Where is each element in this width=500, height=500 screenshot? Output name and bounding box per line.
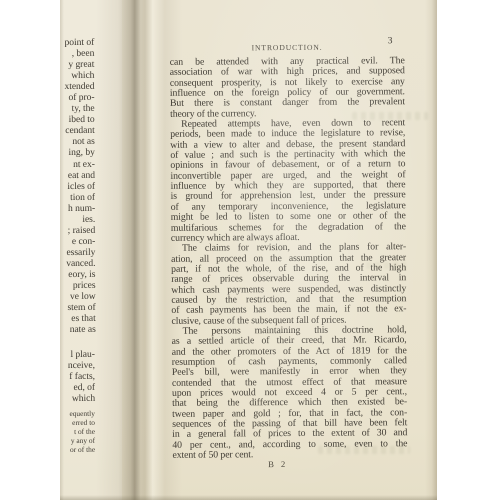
right-page-edge xyxy=(425,0,437,500)
text-line: ing, by xyxy=(42,147,95,158)
book-bottom-edge xyxy=(60,495,437,500)
open-book: point of, beeny greatwhichxtendedof pro-… xyxy=(60,0,437,500)
text-line: ed, of xyxy=(42,382,95,393)
left-page-footnote-fragments: equentlyerred tot of they any ofor of th… xyxy=(42,410,95,455)
text-line: eat and xyxy=(42,169,95,180)
text-line: ies. xyxy=(42,214,95,225)
text-line: point of xyxy=(41,37,94,48)
text-line: nt ex- xyxy=(42,158,95,169)
text-line: cendant xyxy=(42,125,95,136)
text-line: of pro- xyxy=(42,92,95,103)
text-line: prices xyxy=(42,280,95,291)
text-line: which xyxy=(41,70,94,81)
text-line: f facts, xyxy=(42,371,95,382)
book-photo: point of, beeny greatwhichxtendedof pro-… xyxy=(0,0,500,500)
text-line: y great xyxy=(41,59,94,70)
text-line: nate as xyxy=(43,324,96,335)
left-page-text-fragments: point of, beeny greatwhichxtendedof pro-… xyxy=(41,37,96,336)
text-line: essarily xyxy=(42,247,95,258)
text-line: or of the xyxy=(42,445,95,454)
text-line: ve low xyxy=(43,291,96,302)
left-page-edge xyxy=(60,0,64,500)
left-page-paragraph-fragments: l plau-nceive,f facts,ed, ofwhich xyxy=(42,349,95,404)
text-line: ty, the xyxy=(42,103,95,114)
text-line: not as xyxy=(42,136,95,147)
text-line: ; raised xyxy=(42,225,95,236)
text-line: vanced. xyxy=(42,258,95,269)
page-sheen xyxy=(180,0,425,500)
text-line: ibed to xyxy=(42,114,95,125)
text-line: e con- xyxy=(42,236,95,247)
text-line: tion of xyxy=(42,192,95,203)
text-line: eory, is xyxy=(42,269,95,280)
text-line: stem of xyxy=(43,302,96,313)
text-line: which xyxy=(42,393,95,404)
text-line: , been xyxy=(41,48,94,59)
text-line: nceive, xyxy=(42,360,95,371)
text-line: icles of xyxy=(42,180,95,191)
text-line: h num- xyxy=(42,203,95,214)
text-line: es that xyxy=(43,313,96,324)
text-line: xtended xyxy=(41,81,94,92)
text-line: l plau- xyxy=(42,349,95,360)
